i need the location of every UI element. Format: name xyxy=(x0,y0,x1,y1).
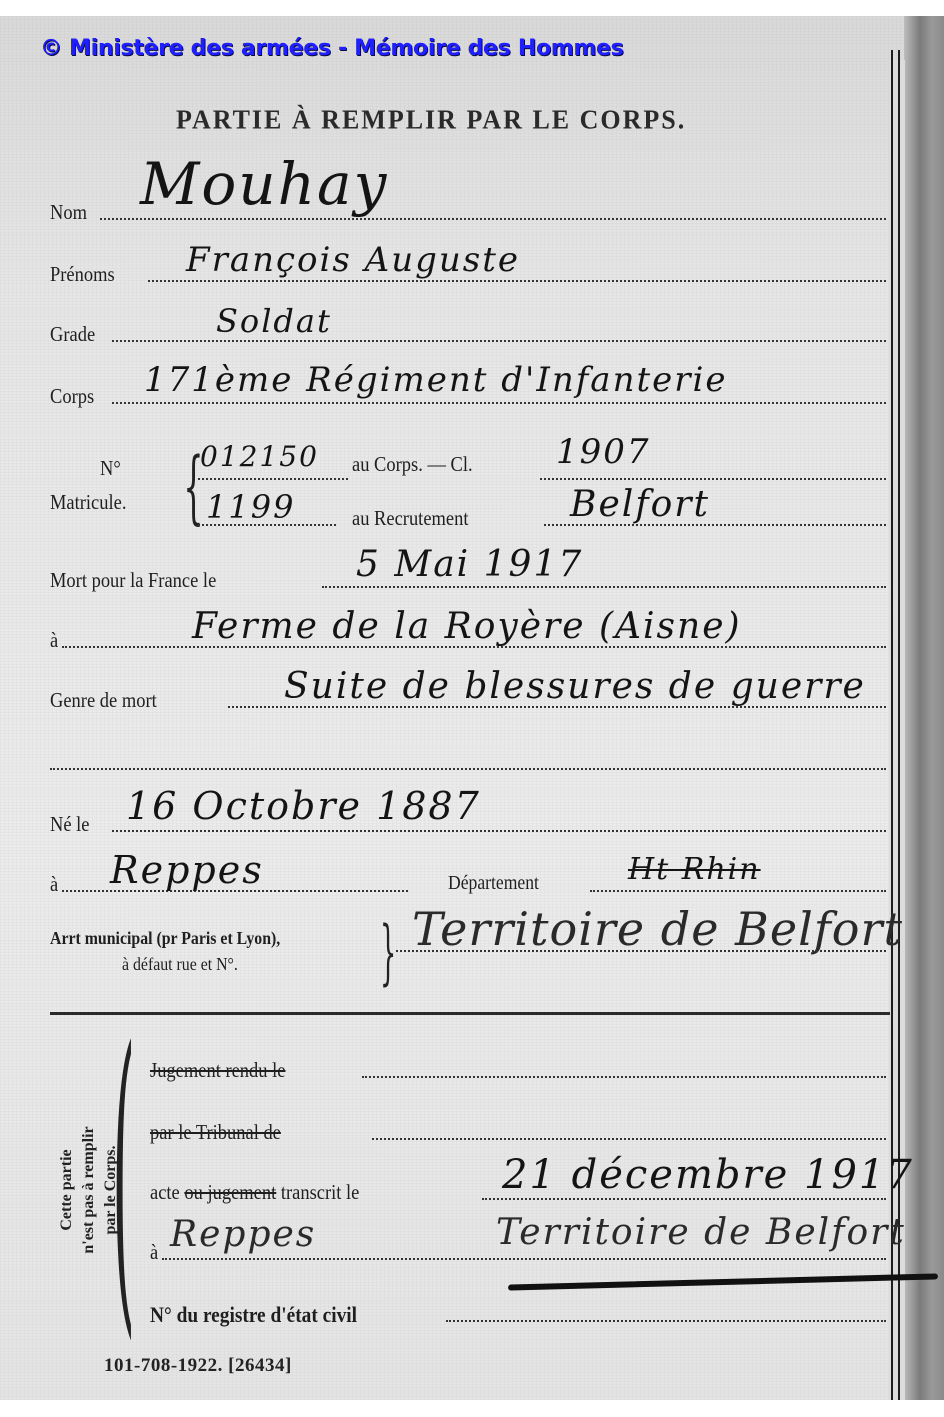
corps-label: Corps xyxy=(50,384,94,409)
blank-leader xyxy=(50,768,886,770)
acte-value: 21 décembre 1917 xyxy=(502,1152,914,1198)
mort-a-label: à xyxy=(50,628,58,653)
nom-value: Mouhay xyxy=(140,150,388,218)
ne-le-leader xyxy=(112,830,886,832)
side-note-line-1: Cette partie xyxy=(56,1090,78,1290)
departement-label: Département xyxy=(448,872,539,895)
lieu-region-value: Territoire de Belfort xyxy=(496,1212,906,1253)
prenoms-value: François Auguste xyxy=(186,240,520,280)
matricule-corps-leader xyxy=(198,478,348,480)
nom-label: Nom xyxy=(50,200,87,225)
transcription-brace: ( xyxy=(112,1010,135,1340)
recrutement-value: Belfort xyxy=(570,484,710,525)
departement-struck-value: Ht Rhin xyxy=(628,852,761,887)
arrondissement-brace: } xyxy=(380,912,396,993)
arrondissement-leader xyxy=(396,950,886,952)
classe-leader xyxy=(540,478,886,480)
prenoms-leader xyxy=(148,280,886,282)
ne-le-label: Né le xyxy=(50,812,90,837)
classe-value: 1907 xyxy=(556,432,651,472)
departement-value: Territoire de Belfort xyxy=(412,902,903,956)
tribunal-leader xyxy=(372,1138,886,1140)
jugement-rendu-leader xyxy=(362,1076,886,1078)
acte-label-struck: ou jugement xyxy=(184,1180,276,1204)
acte-label: acte ou jugement transcrit le xyxy=(150,1180,359,1205)
acte-leader xyxy=(482,1198,886,1200)
side-note-line-2: n'est pas à remplir xyxy=(78,1090,100,1290)
corps-leader xyxy=(112,402,886,404)
au-corps-label: au Corps. — Cl. xyxy=(352,452,473,477)
mort-le-leader xyxy=(322,586,886,588)
form-heading: PARTIE À REMPLIR PAR LE CORPS. xyxy=(176,104,686,136)
acte-label-suffix: transcrit le xyxy=(276,1180,359,1204)
departement-leader xyxy=(590,890,886,892)
mort-le-label: Mort pour la France le xyxy=(50,568,216,593)
acte-label-prefix: acte xyxy=(150,1180,184,1204)
mort-le-value: 5 Mai 1917 xyxy=(356,544,583,585)
copyright-watermark: © Ministère des armées - Mémoire des Hom… xyxy=(40,36,623,61)
registre-label: N° du registre d'état civil xyxy=(150,1302,357,1328)
ne-a-label: à xyxy=(50,872,58,897)
form-reference: 101-708-1922. [26434] xyxy=(104,1355,292,1377)
grade-value: Soldat xyxy=(216,302,332,340)
section-divider xyxy=(50,1012,890,1015)
ne-le-value: 16 Octobre 1887 xyxy=(126,784,481,828)
corps-value: 171ème Régiment d'Infanterie xyxy=(144,360,728,400)
matricule-label: Matricule. xyxy=(50,490,126,515)
lieu-leader xyxy=(162,1258,886,1260)
prenoms-label: Prénoms xyxy=(50,262,115,287)
lieu-place-value: Reppes xyxy=(170,1214,316,1255)
grade-leader xyxy=(112,340,886,342)
matricule-label-n: N° xyxy=(100,456,121,481)
tribunal-label: par le Tribunal de xyxy=(150,1120,281,1145)
registre-leader xyxy=(446,1320,886,1322)
nom-leader xyxy=(100,218,886,220)
arrondissement-sublabel: à défaut rue et N°. xyxy=(122,954,238,975)
matricule-recrutement-number: 1199 xyxy=(206,488,295,526)
lieu-label: à xyxy=(150,1240,158,1265)
mort-a-value: Ferme de la Royère (Aisne) xyxy=(192,606,742,647)
grade-label: Grade xyxy=(50,322,95,347)
genre-de-mort-label: Genre de mort xyxy=(50,688,157,713)
jugement-rendu-label: Jugement rendu le xyxy=(150,1058,285,1083)
matricule-corps-number: 012150 xyxy=(200,440,319,473)
arrondissement-label: Arrt municipal (pr Paris et Lyon), xyxy=(50,928,280,949)
ne-a-value: Reppes xyxy=(110,848,264,892)
au-recrutement-label: au Recrutement xyxy=(352,506,468,531)
genre-de-mort-value: Suite de blessures de guerre xyxy=(284,666,866,707)
